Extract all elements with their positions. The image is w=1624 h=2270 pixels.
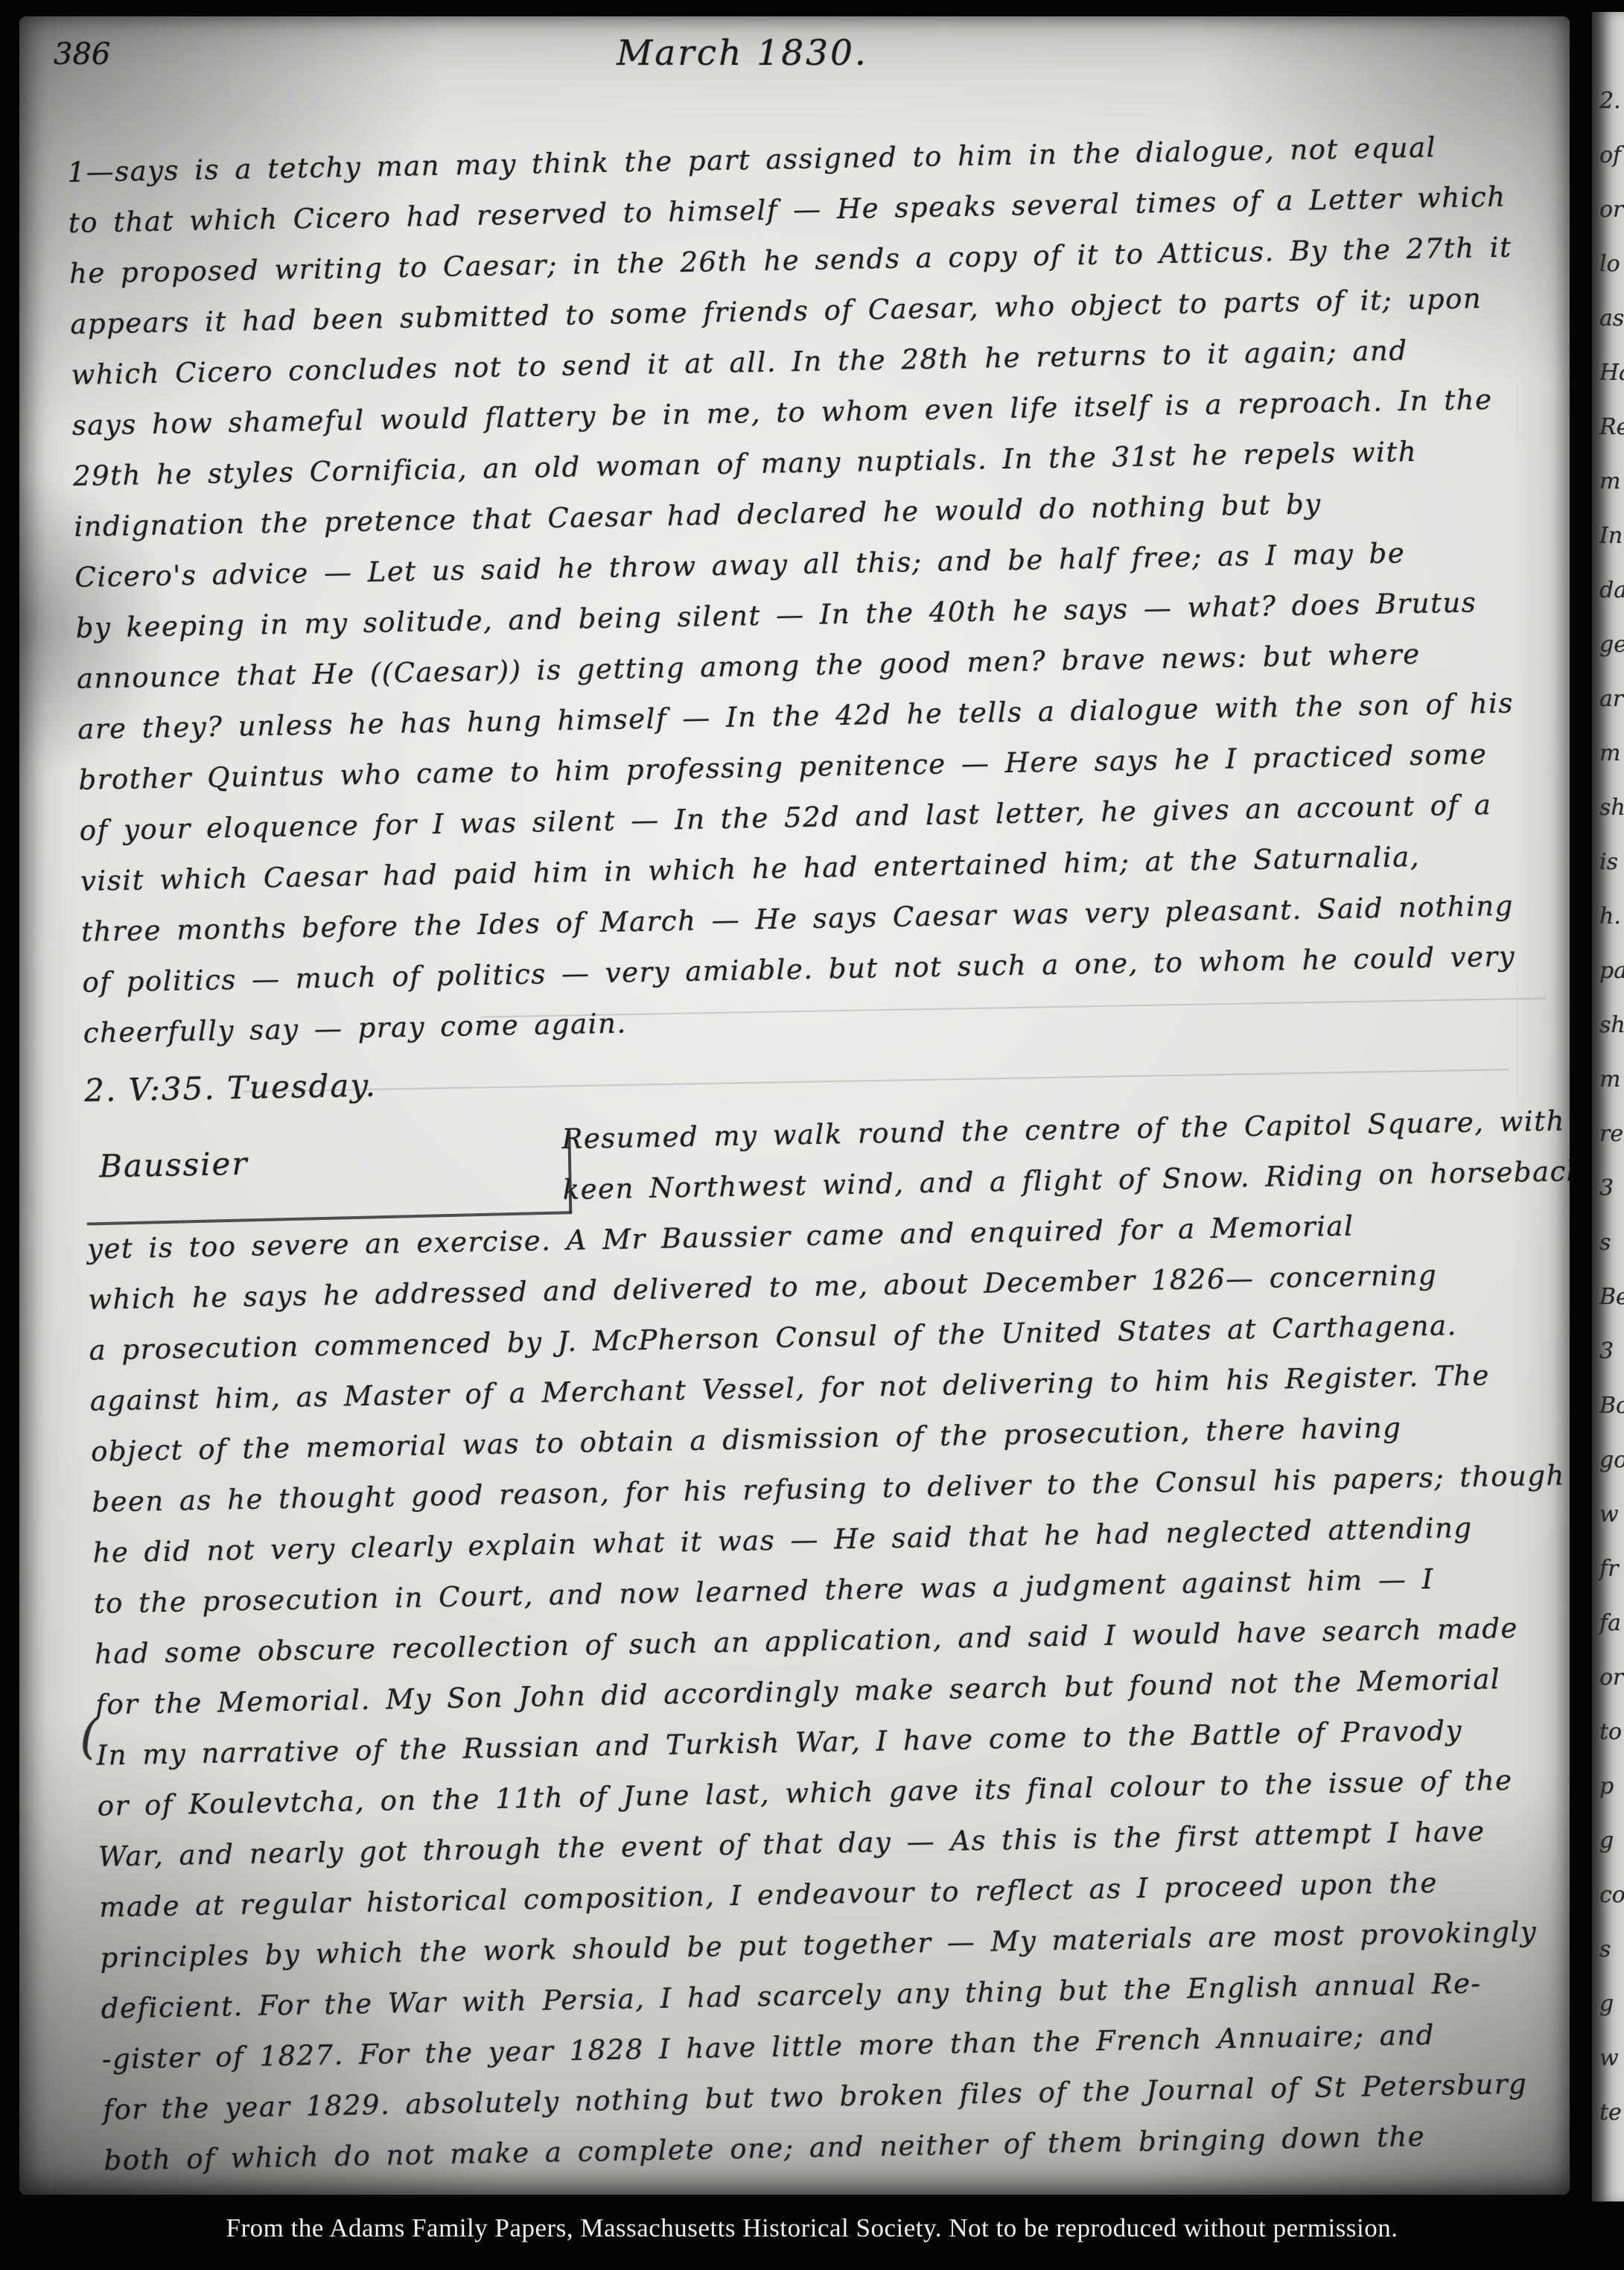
next-page-text-fragment: sh (1592, 786, 1624, 840)
next-page-text-fragment: 2. (1592, 79, 1624, 133)
margin-note-baussier: Baussier (99, 1145, 249, 1185)
next-page-text-fragment: co (1592, 1873, 1624, 1927)
next-page-text-fragment: lo (1592, 242, 1624, 296)
next-page-edge: 2. of or lo as Ha Re m In da ge ar m sh … (1592, 12, 1624, 2201)
next-page-text-fragment: 3 (1592, 1329, 1624, 1384)
next-page-text-fragment: te (1592, 2091, 1624, 2145)
next-page-text-fragment: g (1592, 1819, 1624, 1873)
archive-caption: From the Adams Family Papers, Massachuse… (0, 2213, 1624, 2243)
next-page-text-fragment: Be (1592, 1275, 1624, 1329)
page-header-date: March 1830. (19, 33, 1518, 74)
next-page-text-fragment: Re (1592, 405, 1624, 460)
next-page-text-fragment: as (1592, 296, 1624, 351)
next-page-text-fragment: da (1592, 568, 1624, 623)
next-page-text-fragment: of (1592, 133, 1624, 188)
next-page-text-fragment: g (1592, 1982, 1624, 2036)
next-page-text-fragment: m (1592, 460, 1624, 514)
next-page-text-fragment: or (1592, 188, 1624, 242)
handwritten-text-block: 1—says is a tetchy man may think the par… (67, 120, 1570, 2187)
next-page-text-fragment: go (1592, 1438, 1624, 1492)
next-page-text-fragment: In (1592, 514, 1624, 568)
next-page-text-fragment: s (1592, 1927, 1624, 1982)
next-page-text-fragment: pa (1592, 949, 1624, 1003)
entry-march-1: 1—says is a tetchy man may think the par… (67, 120, 1570, 1059)
next-page-text-fragment: w (1592, 1492, 1624, 1547)
next-page-text-fragment: or (1592, 1656, 1624, 1710)
next-page-text-fragment: Ha (1592, 351, 1624, 405)
next-page-text-fragment: fr (1592, 1547, 1624, 1601)
paragraph-margin-mark: ( (79, 1710, 98, 1765)
next-page-text-fragment: ar (1592, 677, 1624, 731)
next-page-text-fragment: fa (1592, 1601, 1624, 1656)
diary-page: 386 March 1830. 1—says is a tetchy man m… (19, 16, 1570, 2195)
next-page-text-fragment: sh (1592, 1003, 1624, 1058)
manuscript-scan: 386 March 1830. 1—says is a tetchy man m… (0, 0, 1624, 2270)
next-page-text-fragment: to (1592, 1710, 1624, 1764)
next-page-text-fragment: is (1592, 840, 1624, 894)
next-page-text-fragment: ge (1592, 623, 1624, 677)
next-page-text-fragment: w (1592, 2036, 1624, 2091)
next-page-text-fragment: s (1592, 1221, 1624, 1275)
next-page-text-fragment: p (1592, 1764, 1624, 1819)
next-page-text-fragment: 3 (1592, 1166, 1624, 1221)
next-page-text-fragment: re (1592, 1112, 1624, 1166)
next-page-text-fragment: h. (1592, 894, 1624, 949)
next-page-text-fragment: m (1592, 731, 1624, 786)
entry-march-2-body: yet is too severe an exercise. A Mr Baus… (86, 1197, 1570, 2187)
next-page-text-fragment: Bo (1592, 1384, 1624, 1438)
next-page-text-fragment: m (1592, 1058, 1624, 1112)
